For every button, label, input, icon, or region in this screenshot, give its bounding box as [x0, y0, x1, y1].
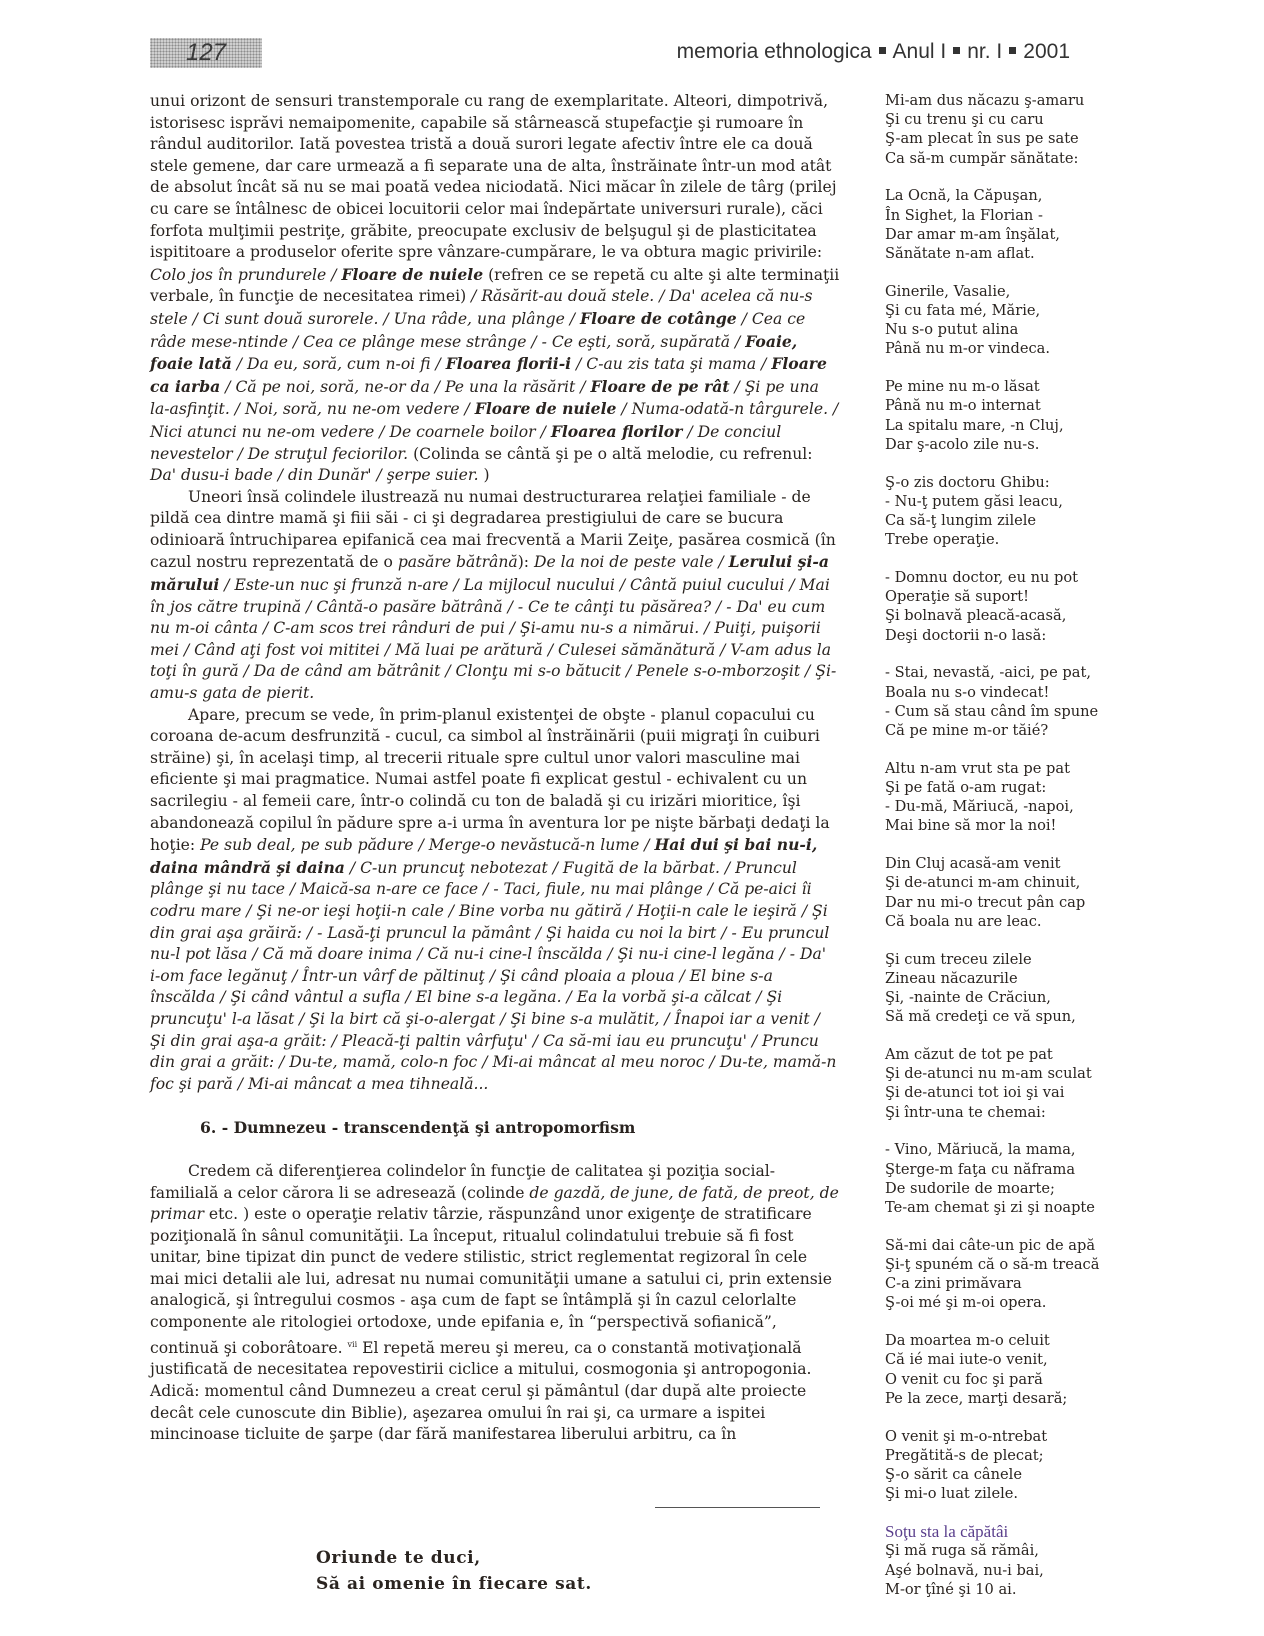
- poem-line: Şterge-m faţa cu năframa: [885, 1160, 1105, 1179]
- poem-line: Şi cu trenu şi cu caru: [885, 110, 1105, 129]
- verse-quote: / C-un pruncuţ nebotezat / Fugită de la …: [150, 859, 836, 1093]
- poem-stanza: Ginerile, Vasalie,Şi cu fata mé, Mărie,N…: [885, 282, 1105, 359]
- square-bullet-icon: [1009, 47, 1016, 54]
- main-column: unui orizont de sensuri transtemporale c…: [150, 91, 840, 1446]
- verse-quote: De la noi de peste vale /: [534, 553, 729, 571]
- poem-line: Până nu m-or vindeca.: [885, 339, 1105, 358]
- poem-stanza: Mi-am dus năcazu ş-amaruŞi cu trenu şi c…: [885, 91, 1105, 168]
- poem-stanza: Să-mi dai câte-un pic de apăŞi-ţ spuném …: [885, 1236, 1105, 1313]
- poem-line: Şi de-atunci m-am chinuit,: [885, 873, 1105, 892]
- poem-stanza: Ş-o zis doctoru Ghibu:- Nu-ţ putem găsi …: [885, 473, 1105, 550]
- poem-line: Aşé bolnavă, nu-i bai,: [885, 1561, 1105, 1580]
- poem-line: Şi pe fată o-am rugat:: [885, 778, 1105, 797]
- poem-line: Nu s-o putut alina: [885, 320, 1105, 339]
- poem-line: În Sighet, la Florian -: [885, 206, 1105, 225]
- poem-line: Ca să-ţ lungim zilele: [885, 511, 1105, 530]
- poem-line: Că pe mine m-or tăié?: [885, 721, 1105, 740]
- poem-line: Şi, -nainte de Crăciun,: [885, 988, 1105, 1007]
- poem-line: Până nu m-o internat: [885, 396, 1105, 415]
- poem-line: Şi mă ruga să rămâi,: [885, 1541, 1105, 1560]
- square-bullet-icon: [953, 47, 960, 54]
- poem-line: Şi într-una te chemai:: [885, 1103, 1105, 1122]
- poem-stanza: - Vino, Măriucă, la mama,Şterge-m faţa c…: [885, 1140, 1105, 1217]
- poem-line: De sudorile de moarte;: [885, 1179, 1105, 1198]
- proverb-line: Să ai omenie în fiecare sat.: [316, 1571, 592, 1597]
- poem-line: O venit cu foc şi pară: [885, 1370, 1105, 1389]
- poem-line: Mai bine să mor la noi!: [885, 816, 1105, 835]
- poem-line: Ca să-m cumpăr sănătate:: [885, 149, 1105, 168]
- poem-line: Şi de-atunci tot ioi şi vai: [885, 1083, 1105, 1102]
- poem-line: Şi cu fata mé, Mărie,: [885, 301, 1105, 320]
- paragraph-4: Credem că diferenţierea colindelor în fu…: [150, 1161, 840, 1446]
- poem-line: Şi de-atunci nu m-am sculat: [885, 1064, 1105, 1083]
- verse-quote: / Da eu, soră, cum n-oi fi /: [232, 355, 446, 373]
- poem-stanza: Din Cluj acasă-am venitŞi de-atunci m-am…: [885, 854, 1105, 931]
- poem-column: Mi-am dus năcazu ş-amaruŞi cu trenu şi c…: [885, 91, 1105, 1618]
- poem-line: Şi cum treceu zilele: [885, 950, 1105, 969]
- poem-line: La Ocnă, la Căpuşan,: [885, 186, 1105, 205]
- poem-line: Şi bolnavă pleacă-acasă,: [885, 606, 1105, 625]
- poem-line: Şi-ţ spuném că o să-m treacă: [885, 1255, 1105, 1274]
- poem-stanza: O venit şi m-o-ntrebatPregătită-s de ple…: [885, 1427, 1105, 1504]
- paragraph-3: Apare, precum se vede, în prim-planul ex…: [150, 705, 840, 1096]
- verse-quote: / C-au zis tata şi mama /: [571, 355, 771, 373]
- poem-stanza: La Ocnă, la Căpuşan,În Sighet, la Floria…: [885, 186, 1105, 263]
- poem-line: Boala nu s-o vindecat!: [885, 683, 1105, 702]
- verse-quote: / Că pe noi, soră, ne-or da / Pe una la …: [220, 378, 590, 396]
- poem-line: O venit şi m-o-ntrebat: [885, 1427, 1105, 1446]
- poem-line: Ş-o sărit ca cânele: [885, 1465, 1105, 1484]
- poem-line: Operaţie să suport!: [885, 587, 1105, 606]
- poem-line: C-a zini primăvara: [885, 1274, 1105, 1293]
- poem-line: Din Cluj acasă-am venit: [885, 854, 1105, 873]
- refrain: Floare de cotânge: [580, 309, 737, 328]
- poem-line: Pe la zece, marţi desară;: [885, 1389, 1105, 1408]
- body-text: (Colinda se cântă şi pe o altă melodie, …: [408, 445, 812, 463]
- poem-line: Mi-am dus năcazu ş-amaru: [885, 91, 1105, 110]
- body-text: ):: [518, 553, 534, 571]
- poem-line: Trebe operaţie.: [885, 530, 1105, 549]
- poem-line: Zineau năcazurile: [885, 969, 1105, 988]
- poem-stanza: Şi cum treceu zileleZineau năcazurileŞi,…: [885, 950, 1105, 1027]
- poem-line: Da moartea m-o celuit: [885, 1331, 1105, 1350]
- journal-year-label: Anul I: [893, 40, 947, 63]
- paragraph-1: unui orizont de sensuri transtemporale c…: [150, 91, 840, 487]
- poem-stanza-final: Soţu sta la căpătâiŞi mă ruga să rămâi,A…: [885, 1522, 1105, 1599]
- body-text: Apare, precum se vede, în prim-planul ex…: [150, 706, 830, 855]
- poem-line: Sănătate n-am aflat.: [885, 244, 1105, 263]
- handwritten-line: Soţu sta la căpătâi: [885, 1522, 1105, 1541]
- poem-line: - Du-mă, Măriucă, -napoi,: [885, 797, 1105, 816]
- refrain: Floare de nuiele: [341, 265, 483, 284]
- verse-quote: Da' dusu-i bade / din Dunăr' / şerpe sui…: [150, 466, 479, 484]
- verse-quote: Pe sub deal, pe sub pădure / Merge-o nev…: [200, 836, 654, 854]
- journal-title: memoria ethnologica: [677, 40, 872, 63]
- poem-stanza: Da moartea m-o celuitCă ié mai iute-o ve…: [885, 1331, 1105, 1408]
- section-heading: 6. - Dumnezeu - transcendenţă şi antropo…: [200, 1117, 840, 1139]
- refrain: Floarea florii-i: [446, 354, 571, 373]
- poem-line: Pe mine nu m-o lăsat: [885, 377, 1105, 396]
- poem-line: Şi mi-o luat zilele.: [885, 1484, 1105, 1503]
- poem-line: Am căzut de tot pe pat: [885, 1045, 1105, 1064]
- poem-line: Dar amar m-am înşălat,: [885, 225, 1105, 244]
- square-bullet-icon: [879, 47, 886, 54]
- poem-line: Că ié mai iute-o venit,: [885, 1350, 1105, 1369]
- poem-line: Ş-oi mé şi m-oi opera.: [885, 1293, 1105, 1312]
- poem-line: - Cum să stau când îm spune: [885, 702, 1105, 721]
- poem-line: - Domnu doctor, eu nu pot: [885, 568, 1105, 587]
- poem-line: La spitalu mare, -n Cluj,: [885, 416, 1105, 435]
- poem-line: - Vino, Măriucă, la mama,: [885, 1140, 1105, 1159]
- poem-line: Că boala nu are leac.: [885, 912, 1105, 931]
- poem-line: Altu n-am vrut sta pe pat: [885, 759, 1105, 778]
- poem-line: - Nu-ţ putem găsi leacu,: [885, 492, 1105, 511]
- poem-line: Dar ş-acolo zile nu-s.: [885, 435, 1105, 454]
- proverb-line: Oriunde te duci,: [316, 1545, 592, 1571]
- body-text: unui orizont de sensuri transtemporale c…: [150, 92, 837, 261]
- footnote-divider: [655, 1507, 820, 1508]
- poem-line: Ginerile, Vasalie,: [885, 282, 1105, 301]
- poem-stanza: - Stai, nevastă, -aici, pe pat,Boala nu …: [885, 663, 1105, 740]
- paragraph-2: Uneori însă colindele ilustrează nu numa…: [150, 487, 840, 705]
- journal-year: 2001: [1023, 40, 1070, 63]
- body-text: etc. ) este o operaţie relativ târzie, r…: [150, 1205, 832, 1357]
- poem-line: Dar nu mi-o trecut pân cap: [885, 893, 1105, 912]
- poem-stanza: Altu n-am vrut sta pe patŞi pe fată o-am…: [885, 759, 1105, 836]
- verse-quote: / Este-un nuc şi frunză n-are / La mijlo…: [150, 576, 836, 702]
- verse-quote: Colo jos în prundurele /: [150, 266, 341, 284]
- poem-line: Ş-o zis doctoru Ghibu:: [885, 473, 1105, 492]
- poem-line: M-or ţîné şi 10 ai.: [885, 1580, 1105, 1599]
- page-header: 127 memoria ethnologicaAnul Inr. I2001: [150, 36, 1070, 68]
- refrain: Floare de nuiele: [475, 399, 617, 418]
- body-text: ): [479, 466, 490, 484]
- poem-line: Ş-am plecat în sus pe sate: [885, 129, 1105, 148]
- footnote-reference[interactable]: vii: [348, 1340, 358, 1349]
- refrain: Floare de pe rât: [590, 377, 729, 396]
- poem-line: Te-am chemat şi zi şi noapte: [885, 1198, 1105, 1217]
- journal-issue: nr. I: [967, 40, 1002, 63]
- page-number: 127: [150, 38, 262, 68]
- poem-stanza: Pe mine nu m-o lăsatPână nu m-o internat…: [885, 377, 1105, 454]
- poem-line: - Stai, nevastă, -aici, pe pat,: [885, 663, 1105, 682]
- emphasis: pasăre bătrână: [398, 553, 518, 571]
- poem-stanza: Am căzut de tot pe patŞi de-atunci nu m-…: [885, 1045, 1105, 1122]
- poem-line: Deşi doctorii n-o lasă:: [885, 626, 1105, 645]
- poem-stanza: - Domnu doctor, eu nu potOperaţie să sup…: [885, 568, 1105, 645]
- poem-line: Să mă credeţi ce vă spun,: [885, 1007, 1105, 1026]
- poem-line: Să-mi dai câte-un pic de apă: [885, 1236, 1105, 1255]
- poem-line: Pregătită-s de plecat;: [885, 1446, 1105, 1465]
- journal-info: memoria ethnologicaAnul Inr. I2001: [677, 36, 1070, 68]
- proverb: Oriunde te duci, Să ai omenie în fiecare…: [316, 1545, 592, 1597]
- refrain: Floarea florilor: [551, 422, 683, 441]
